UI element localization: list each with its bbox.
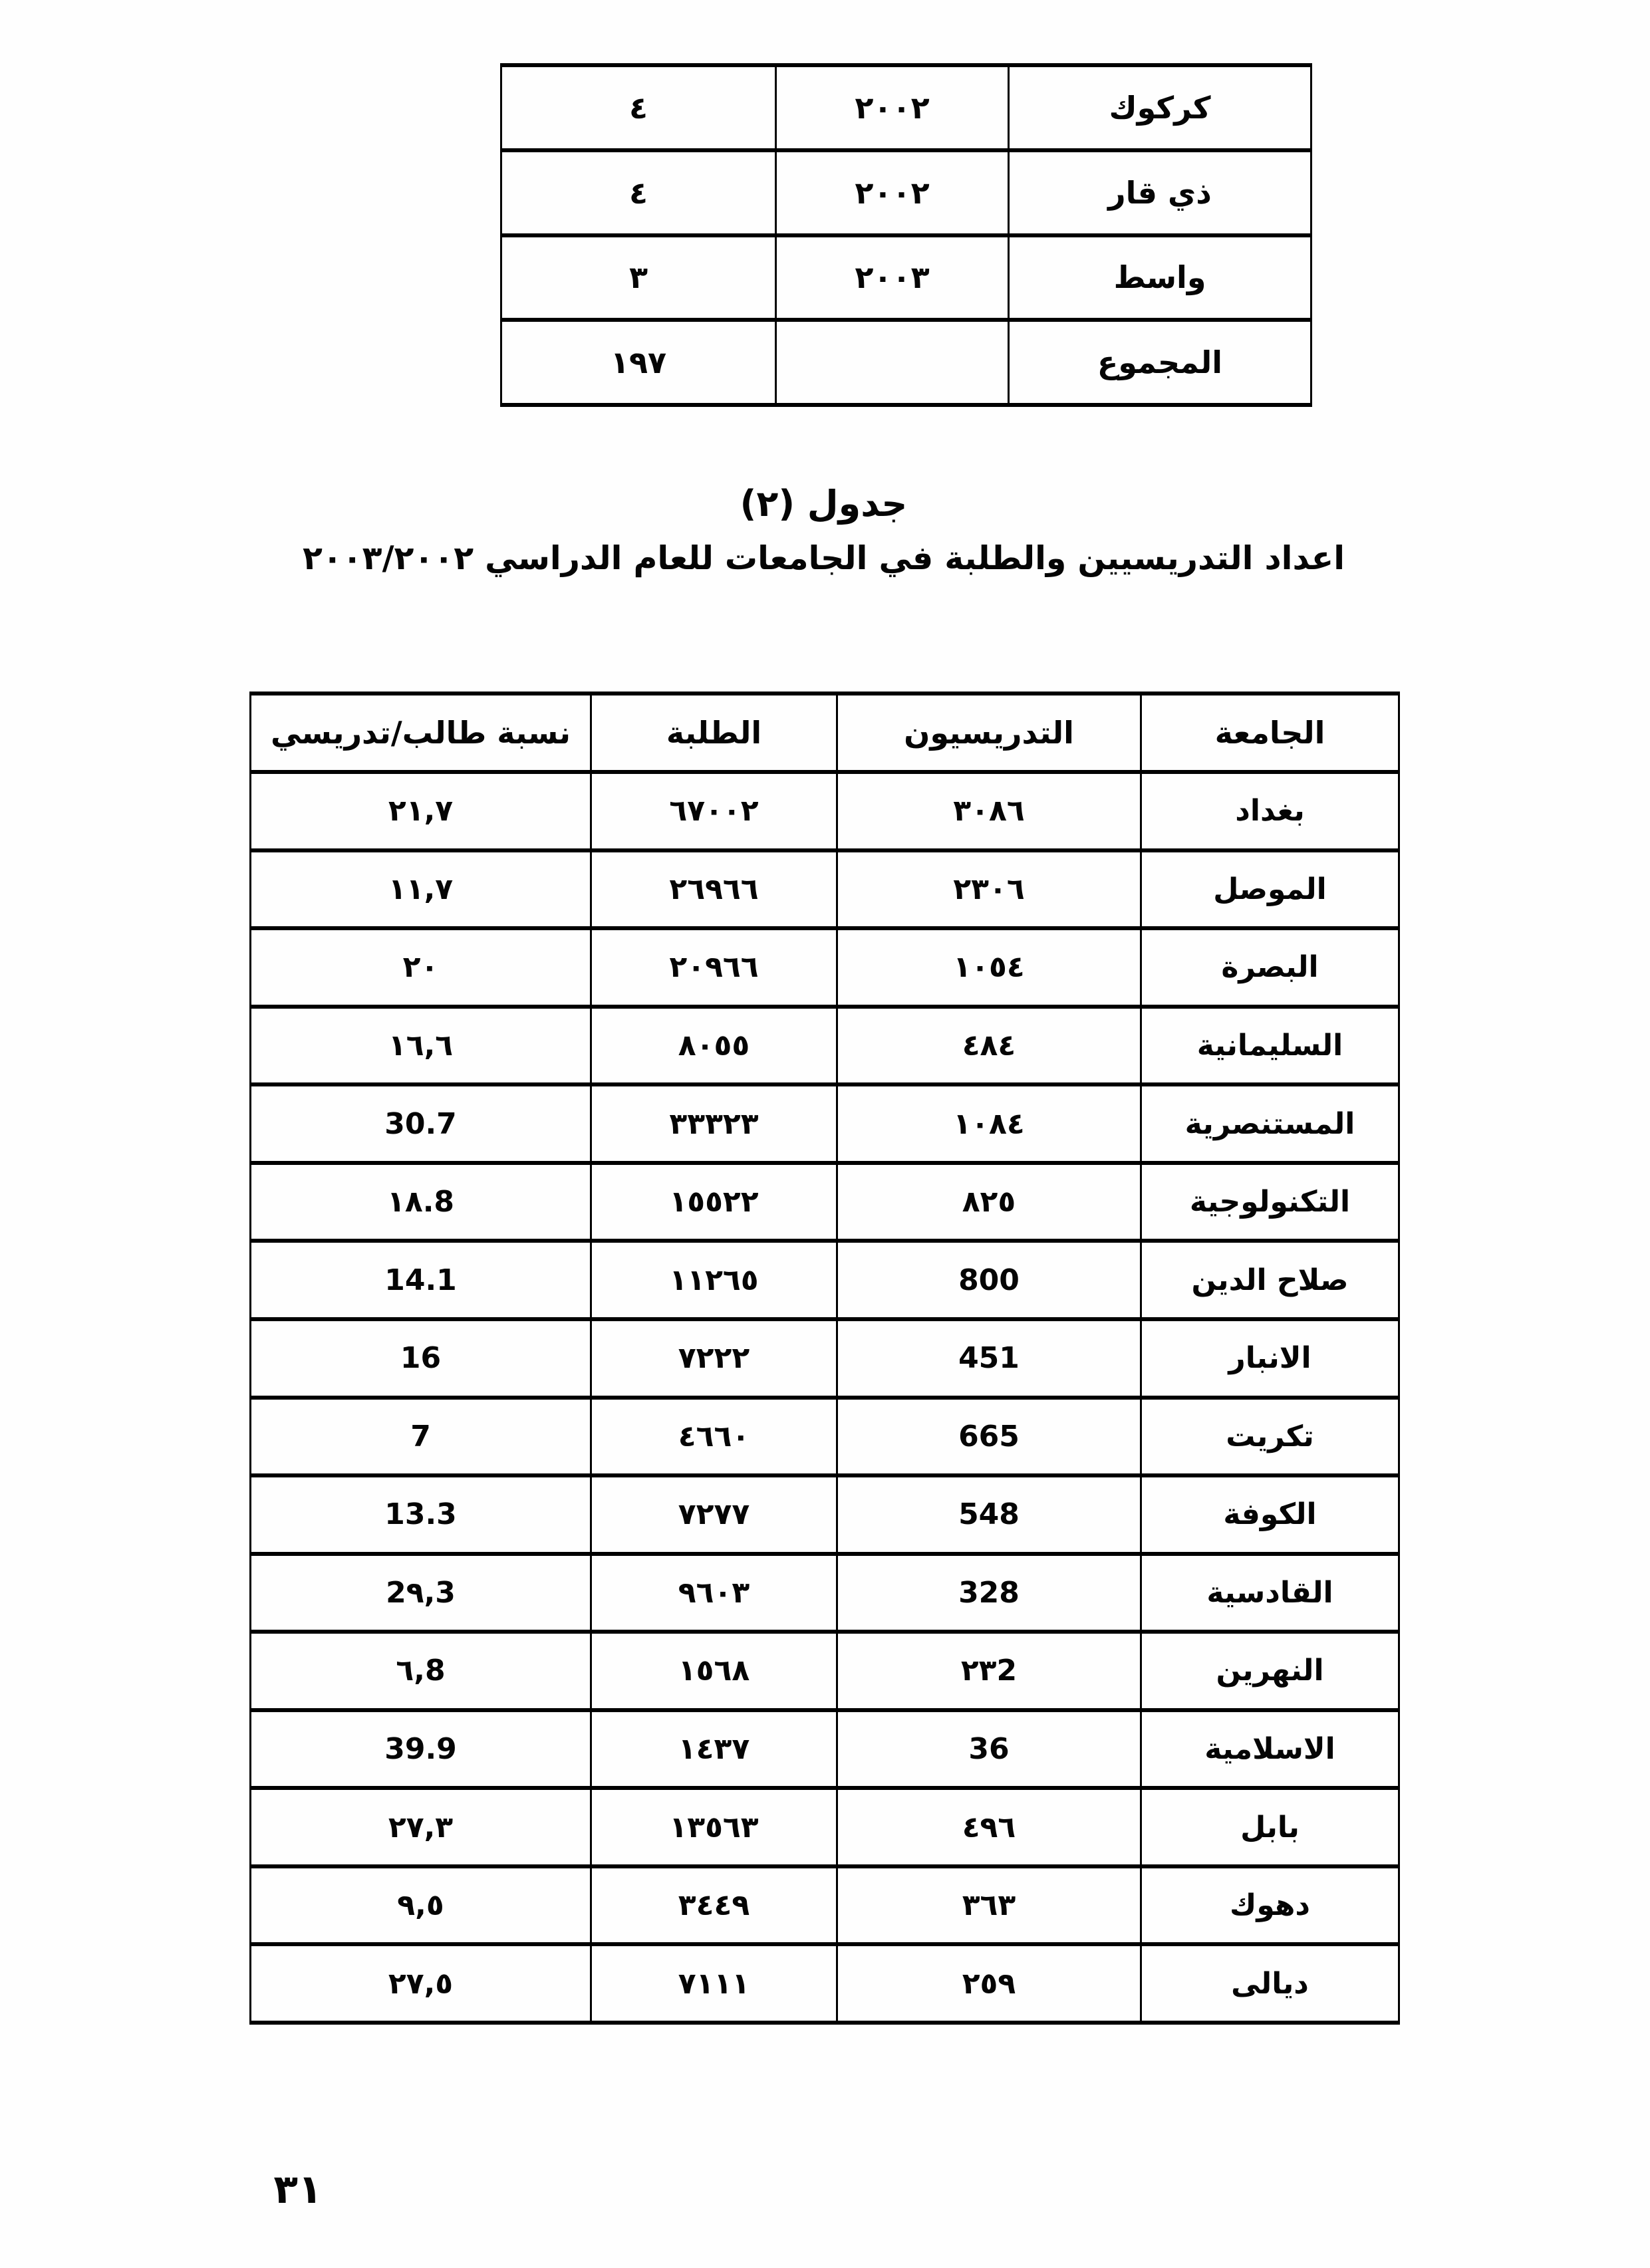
university-cell: البصرة xyxy=(1141,928,1399,1007)
ratio-cell: ٢٧,٣ xyxy=(251,1788,591,1866)
students-cell: ٩٦٠٣ xyxy=(591,1554,837,1632)
table-row: المستنصرية ١٠٨٤ ٣٣٣٢٣ 30.7 xyxy=(251,1084,1399,1163)
ratio-cell: ٢٠ xyxy=(251,928,591,1007)
ratio-cell: ٢١,٧ xyxy=(251,772,591,850)
students-cell: ٧١١١ xyxy=(591,1944,837,2023)
ratio-cell: ١٦,٦ xyxy=(251,1007,591,1085)
university-cell: التكنولوجية xyxy=(1141,1163,1399,1241)
table-row: دهوك ٣٦٣ ٣٤٤٩ ٩,٥ xyxy=(251,1866,1399,1945)
governorate-cell: ذي قار xyxy=(1009,150,1311,235)
table-row: النهرين ٢٣2 ١٥٦٨ ٦,8 xyxy=(251,1632,1399,1710)
students-cell: ٣٤٤٩ xyxy=(591,1866,837,1945)
header-ratio: نسبة طالب/تدريسي xyxy=(251,693,591,772)
document-page: كركوك ٢٠٠٢ ٤ ذي قار ٢٠٠٢ ٤ واسط ٢٠٠٣ ٣ ا… xyxy=(0,0,1650,2268)
title-block: جدول (٢) اعداد التدريسيين والطلبة في الج… xyxy=(249,484,1398,576)
table-row: ذي قار ٢٠٠٢ ٤ xyxy=(501,150,1311,235)
teachers-cell: ١٠٥٤ xyxy=(837,928,1141,1007)
university-cell: تكريت xyxy=(1141,1398,1399,1476)
students-cell: ١٣٥٦٣ xyxy=(591,1788,837,1866)
table-caption: جدول (٢) xyxy=(249,484,1398,523)
university-cell: صلاح الدين xyxy=(1141,1241,1399,1319)
students-cell: ١٤٣٧ xyxy=(591,1710,837,1789)
university-cell: القادسية xyxy=(1141,1554,1399,1632)
count-cell: ٣ xyxy=(501,235,776,320)
university-cell: السليمانية xyxy=(1141,1007,1399,1085)
students-cell: ٤٦٦٠ xyxy=(591,1398,837,1476)
table-row: الانبار 451 ٧٢٢٢ 16 xyxy=(251,1319,1399,1398)
university-cell: الكوفة xyxy=(1141,1475,1399,1554)
table-row: الموصل ٢٣٠٦ ٢٦٩٦٦ ١١,٧ xyxy=(251,850,1399,929)
universities-table: الجامعة التدريسيون الطلبة نسبة طالب/تدري… xyxy=(249,692,1400,2025)
university-cell: الموصل xyxy=(1141,850,1399,929)
teachers-cell: 665 xyxy=(837,1398,1141,1476)
table-row: بابل ٤٩٦ ١٣٥٦٣ ٢٧,٣ xyxy=(251,1788,1399,1866)
university-cell: الانبار xyxy=(1141,1319,1399,1398)
students-cell: ١٥٦٨ xyxy=(591,1632,837,1710)
table-row: الكوفة 548 ٧٢٧٧ 13.3 xyxy=(251,1475,1399,1554)
table-subtitle: اعداد التدريسيين والطلبة في الجامعات للع… xyxy=(249,541,1398,576)
students-cell: ٨٠٥٥ xyxy=(591,1007,837,1085)
university-cell: بغداد xyxy=(1141,772,1399,850)
teachers-cell: 800 xyxy=(837,1241,1141,1319)
header-students: الطلبة xyxy=(591,693,837,772)
teachers-cell: ٣٠٨٦ xyxy=(837,772,1141,850)
count-cell: ٤ xyxy=(501,65,776,150)
teachers-cell: 328 xyxy=(837,1554,1141,1632)
table-row: الاسلامية 36 ١٤٣٧ 39.9 xyxy=(251,1710,1399,1789)
ratio-cell: 7 xyxy=(251,1398,591,1476)
teachers-cell: ٢٣2 xyxy=(837,1632,1141,1710)
students-cell: ٧٢٧٧ xyxy=(591,1475,837,1554)
ratio-cell: ٩,٥ xyxy=(251,1866,591,1945)
university-cell: الاسلامية xyxy=(1141,1710,1399,1789)
ratio-cell: ١٨.8 xyxy=(251,1163,591,1241)
page-number: ٣١ xyxy=(258,2166,338,2213)
teachers-cell: ٤٩٦ xyxy=(837,1788,1141,1866)
students-cell: ٦٧٠٠٢ xyxy=(591,772,837,850)
students-cell: ٣٣٣٢٣ xyxy=(591,1084,837,1163)
year-cell: ٢٠٠٢ xyxy=(776,65,1009,150)
teachers-cell: ٢٣٠٦ xyxy=(837,850,1141,929)
ratio-cell: ١١,٧ xyxy=(251,850,591,929)
table-row: صلاح الدين 800 ١١٢٦٥ 14.1 xyxy=(251,1241,1399,1319)
students-cell: ١١٢٦٥ xyxy=(591,1241,837,1319)
year-cell: ٢٠٠٢ xyxy=(776,150,1009,235)
header-row: الجامعة التدريسيون الطلبة نسبة طالب/تدري… xyxy=(251,693,1399,772)
summary-table: كركوك ٢٠٠٢ ٤ ذي قار ٢٠٠٢ ٤ واسط ٢٠٠٣ ٣ ا… xyxy=(500,63,1312,407)
students-cell: ٧٢٢٢ xyxy=(591,1319,837,1398)
teachers-cell: ١٠٨٤ xyxy=(837,1084,1141,1163)
table-row: القادسية 328 ٩٦٠٣ 2٩,3 xyxy=(251,1554,1399,1632)
table-row: التكنولوجية ٨٢٥ ١٥٥٢٢ ١٨.8 xyxy=(251,1163,1399,1241)
university-cell: النهرين xyxy=(1141,1632,1399,1710)
table-row: بغداد ٣٠٨٦ ٦٧٠٠٢ ٢١,٧ xyxy=(251,772,1399,850)
students-cell: ١٥٥٢٢ xyxy=(591,1163,837,1241)
university-cell: المستنصرية xyxy=(1141,1084,1399,1163)
teachers-cell: ٨٢٥ xyxy=(837,1163,1141,1241)
ratio-cell: 2٩,3 xyxy=(251,1554,591,1632)
table-row: واسط ٢٠٠٣ ٣ xyxy=(501,235,1311,320)
table-row: ديالى ٢٥٩ ٧١١١ ٢٧,٥ xyxy=(251,1944,1399,2023)
governorate-cell: واسط xyxy=(1009,235,1311,320)
teachers-cell: 548 xyxy=(837,1475,1141,1554)
ratio-cell: ٦,8 xyxy=(251,1632,591,1710)
teachers-cell: 451 xyxy=(837,1319,1141,1398)
table-row: السليمانية ٤٨٤ ٨٠٥٥ ١٦,٦ xyxy=(251,1007,1399,1085)
students-cell: ٢٦٩٦٦ xyxy=(591,850,837,929)
university-cell: بابل xyxy=(1141,1788,1399,1866)
university-cell: دهوك xyxy=(1141,1866,1399,1945)
year-cell xyxy=(776,320,1009,405)
governorate-cell: كركوك xyxy=(1009,65,1311,150)
table-row: تكريت 665 ٤٦٦٠ 7 xyxy=(251,1398,1399,1476)
table-row: البصرة ١٠٥٤ ٢٠٩٦٦ ٢٠ xyxy=(251,928,1399,1007)
header-university: الجامعة xyxy=(1141,693,1399,772)
teachers-cell: ٤٨٤ xyxy=(837,1007,1141,1085)
year-cell: ٢٠٠٣ xyxy=(776,235,1009,320)
ratio-cell: 39.9 xyxy=(251,1710,591,1789)
ratio-cell: 30.7 xyxy=(251,1084,591,1163)
teachers-cell: ٢٥٩ xyxy=(837,1944,1141,2023)
total-label-cell: المجموع xyxy=(1009,320,1311,405)
table-row-total: المجموع ١٩٧ xyxy=(501,320,1311,405)
ratio-cell: 13.3 xyxy=(251,1475,591,1554)
total-count-cell: ١٩٧ xyxy=(501,320,776,405)
count-cell: ٤ xyxy=(501,150,776,235)
ratio-cell: 16 xyxy=(251,1319,591,1398)
teachers-cell: ٣٦٣ xyxy=(837,1866,1141,1945)
ratio-cell: 14.1 xyxy=(251,1241,591,1319)
students-cell: ٢٠٩٦٦ xyxy=(591,928,837,1007)
header-teachers: التدريسيون xyxy=(837,693,1141,772)
university-cell: ديالى xyxy=(1141,1944,1399,2023)
table-row: كركوك ٢٠٠٢ ٤ xyxy=(501,65,1311,150)
teachers-cell: 36 xyxy=(837,1710,1141,1789)
ratio-cell: ٢٧,٥ xyxy=(251,1944,591,2023)
